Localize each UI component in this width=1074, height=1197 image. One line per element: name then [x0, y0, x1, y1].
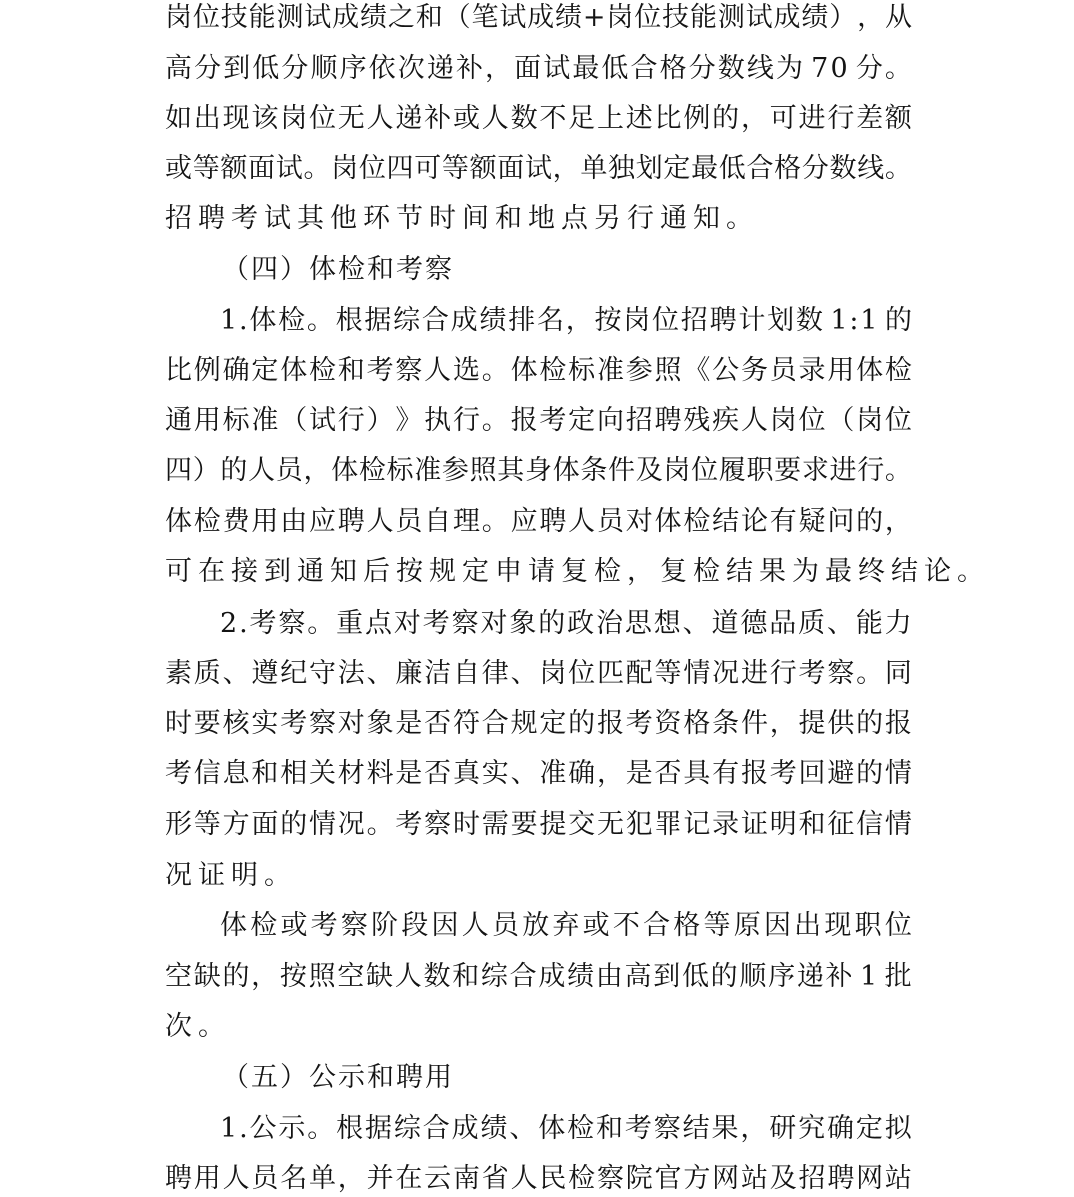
body-line-9: 通用标准（试行）》执行。报考定向招聘残疾人岗位（岗位	[165, 401, 912, 441]
body-line-15: 时要核实考察对象是否符合规定的报考资格条件，提供的报	[165, 704, 912, 744]
paragraph-start-inspection: 2.考察。重点对考察对象的政治思想、道德品质、能力	[220, 604, 912, 644]
body-line-18: 况证明。	[165, 856, 912, 896]
body-line-1: 岗位技能测试成绩之和（笔试成绩+岗位技能测试成绩），从	[165, 0, 912, 38]
body-line-10: 四）的人员，体检标准参照其身体条件及岗位履职要求进行。	[165, 451, 912, 491]
body-line-21: 次。	[165, 1007, 912, 1047]
body-line-3: 如出现该岗位无人递补或人数不足上述比例的，可进行差额	[165, 99, 912, 139]
body-line-5: 招聘考试其他环节时间和地点另行通知。	[165, 199, 912, 239]
section-heading-5: （五）公示和聘用	[222, 1058, 454, 1098]
document-page: 岗位技能测试成绩之和（笔试成绩+岗位技能测试成绩），从 高分到低分顺序依次递补，…	[0, 0, 1074, 1197]
body-line-16: 考信息和相关材料是否真实、准确，是否具有报考回避的情	[165, 754, 912, 794]
body-line-8: 比例确定体检和考察人选。体检标准参照《公务员录用体检	[165, 351, 912, 391]
paragraph-start-publicity: 1.公示。根据综合成绩、体检和考察结果，研究确定拟	[220, 1109, 912, 1149]
body-line-14: 素质、遵纪守法、廉洁自律、岗位匹配等情况进行考察。同	[165, 654, 912, 694]
body-line-2: 高分到低分顺序依次递补，面试最低合格分数线为 70 分。	[165, 49, 912, 89]
paragraph-start-physical-exam: 1.体检。根据综合成绩排名，按岗位招聘计划数 1:1 的	[220, 301, 912, 341]
body-line-20: 空缺的，按照空缺人数和综合成绩由高到低的顺序递补 1 批	[165, 957, 912, 997]
body-line-11: 体检费用由应聘人员自理。应聘人员对体检结论有疑问的，	[165, 502, 912, 542]
body-line-4: 或等额面试。岗位四可等额面试，单独划定最低合格分数线。	[165, 149, 912, 189]
body-line-24: 聘用人员名单，并在云南省人民检察院官方网站及招聘网站	[165, 1159, 912, 1197]
body-line-12: 可在接到通知后按规定申请复检，复检结果为最终结论。	[165, 552, 912, 592]
paragraph-start-vacancy: 体检或考察阶段因人员放弃或不合格等原因出现职位	[220, 906, 912, 946]
section-heading-4: （四）体检和考察	[222, 250, 454, 290]
body-line-17: 形等方面的情况。考察时需要提交无犯罪记录证明和征信情	[165, 805, 912, 845]
